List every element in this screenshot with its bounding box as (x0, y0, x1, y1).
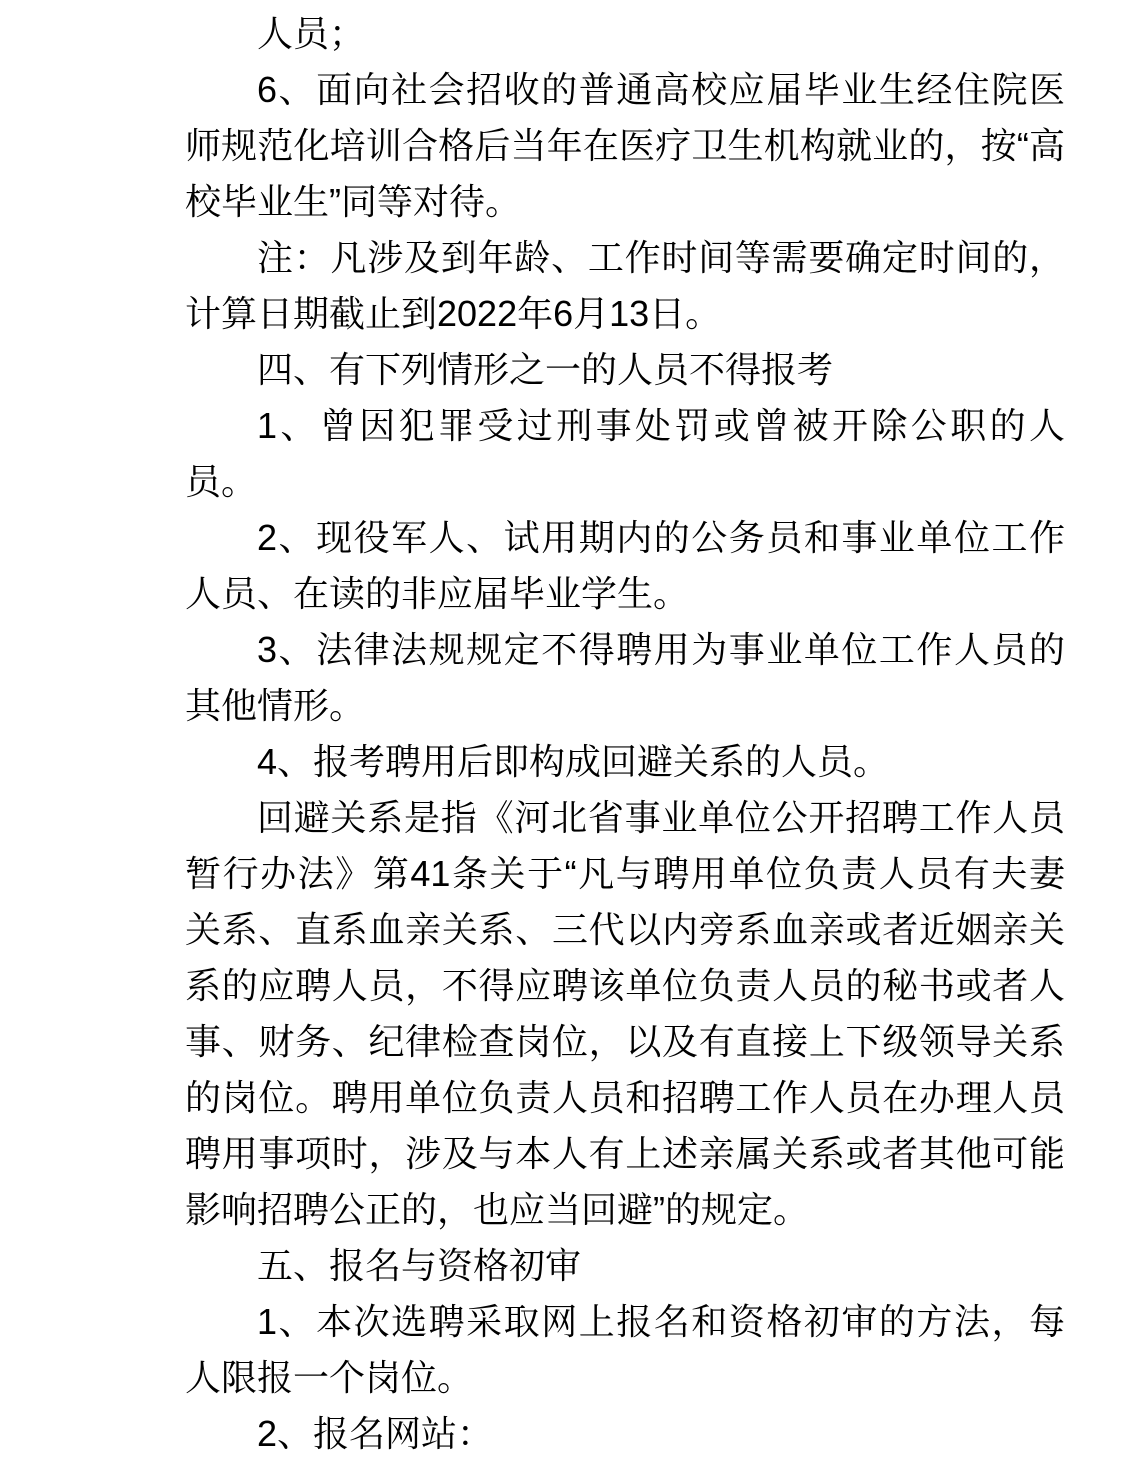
document-page: 人员； 6、面向社会招收的普通高校应届毕业生经住院医师规范化培训合格后当年在医疗… (0, 0, 1121, 1472)
paragraph-continuation-personnel: 人员； (185, 6, 1065, 62)
paragraph-ineligible-item-4: 4、报考聘用后即构成回避关系的人员。 (185, 734, 1065, 790)
paragraph-ineligible-item-1: 1、曾因犯罪受过刑事处罚或曾被开除公职的人员。 (185, 398, 1065, 510)
paragraph-avoidance-relation-explanation: 回避关系是指《河北省事业单位公开招聘工作人员暂行办法》第41条关于“凡与聘用单位… (185, 790, 1065, 1238)
paragraph-ineligible-item-2: 2、现役军人、试用期内的公务员和事业单位工作人员、在读的非应届毕业学生。 (185, 510, 1065, 622)
section-heading-five-registration: 五、报名与资格初审 (185, 1238, 1065, 1294)
paragraph-registration-item-2-website: 2、报名网站： (185, 1406, 1065, 1462)
section-heading-four-ineligible: 四、有下列情形之一的人员不得报考 (185, 342, 1065, 398)
paragraph-item-6-graduates-treatment: 6、面向社会招收的普通高校应届毕业生经住院医师规范化培训合格后当年在医疗卫生机构… (185, 62, 1065, 230)
paragraph-ineligible-item-3: 3、法律法规规定不得聘用为事业单位工作人员的其他情形。 (185, 622, 1065, 734)
paragraph-note-cutoff-date: 注：凡涉及到年龄、工作时间等需要确定时间的，计算日期截止到2022年6月13日。 (185, 230, 1065, 342)
paragraph-registration-item-1: 1、本次选聘采取网上报名和资格初审的方法，每人限报一个岗位。 (185, 1294, 1065, 1406)
